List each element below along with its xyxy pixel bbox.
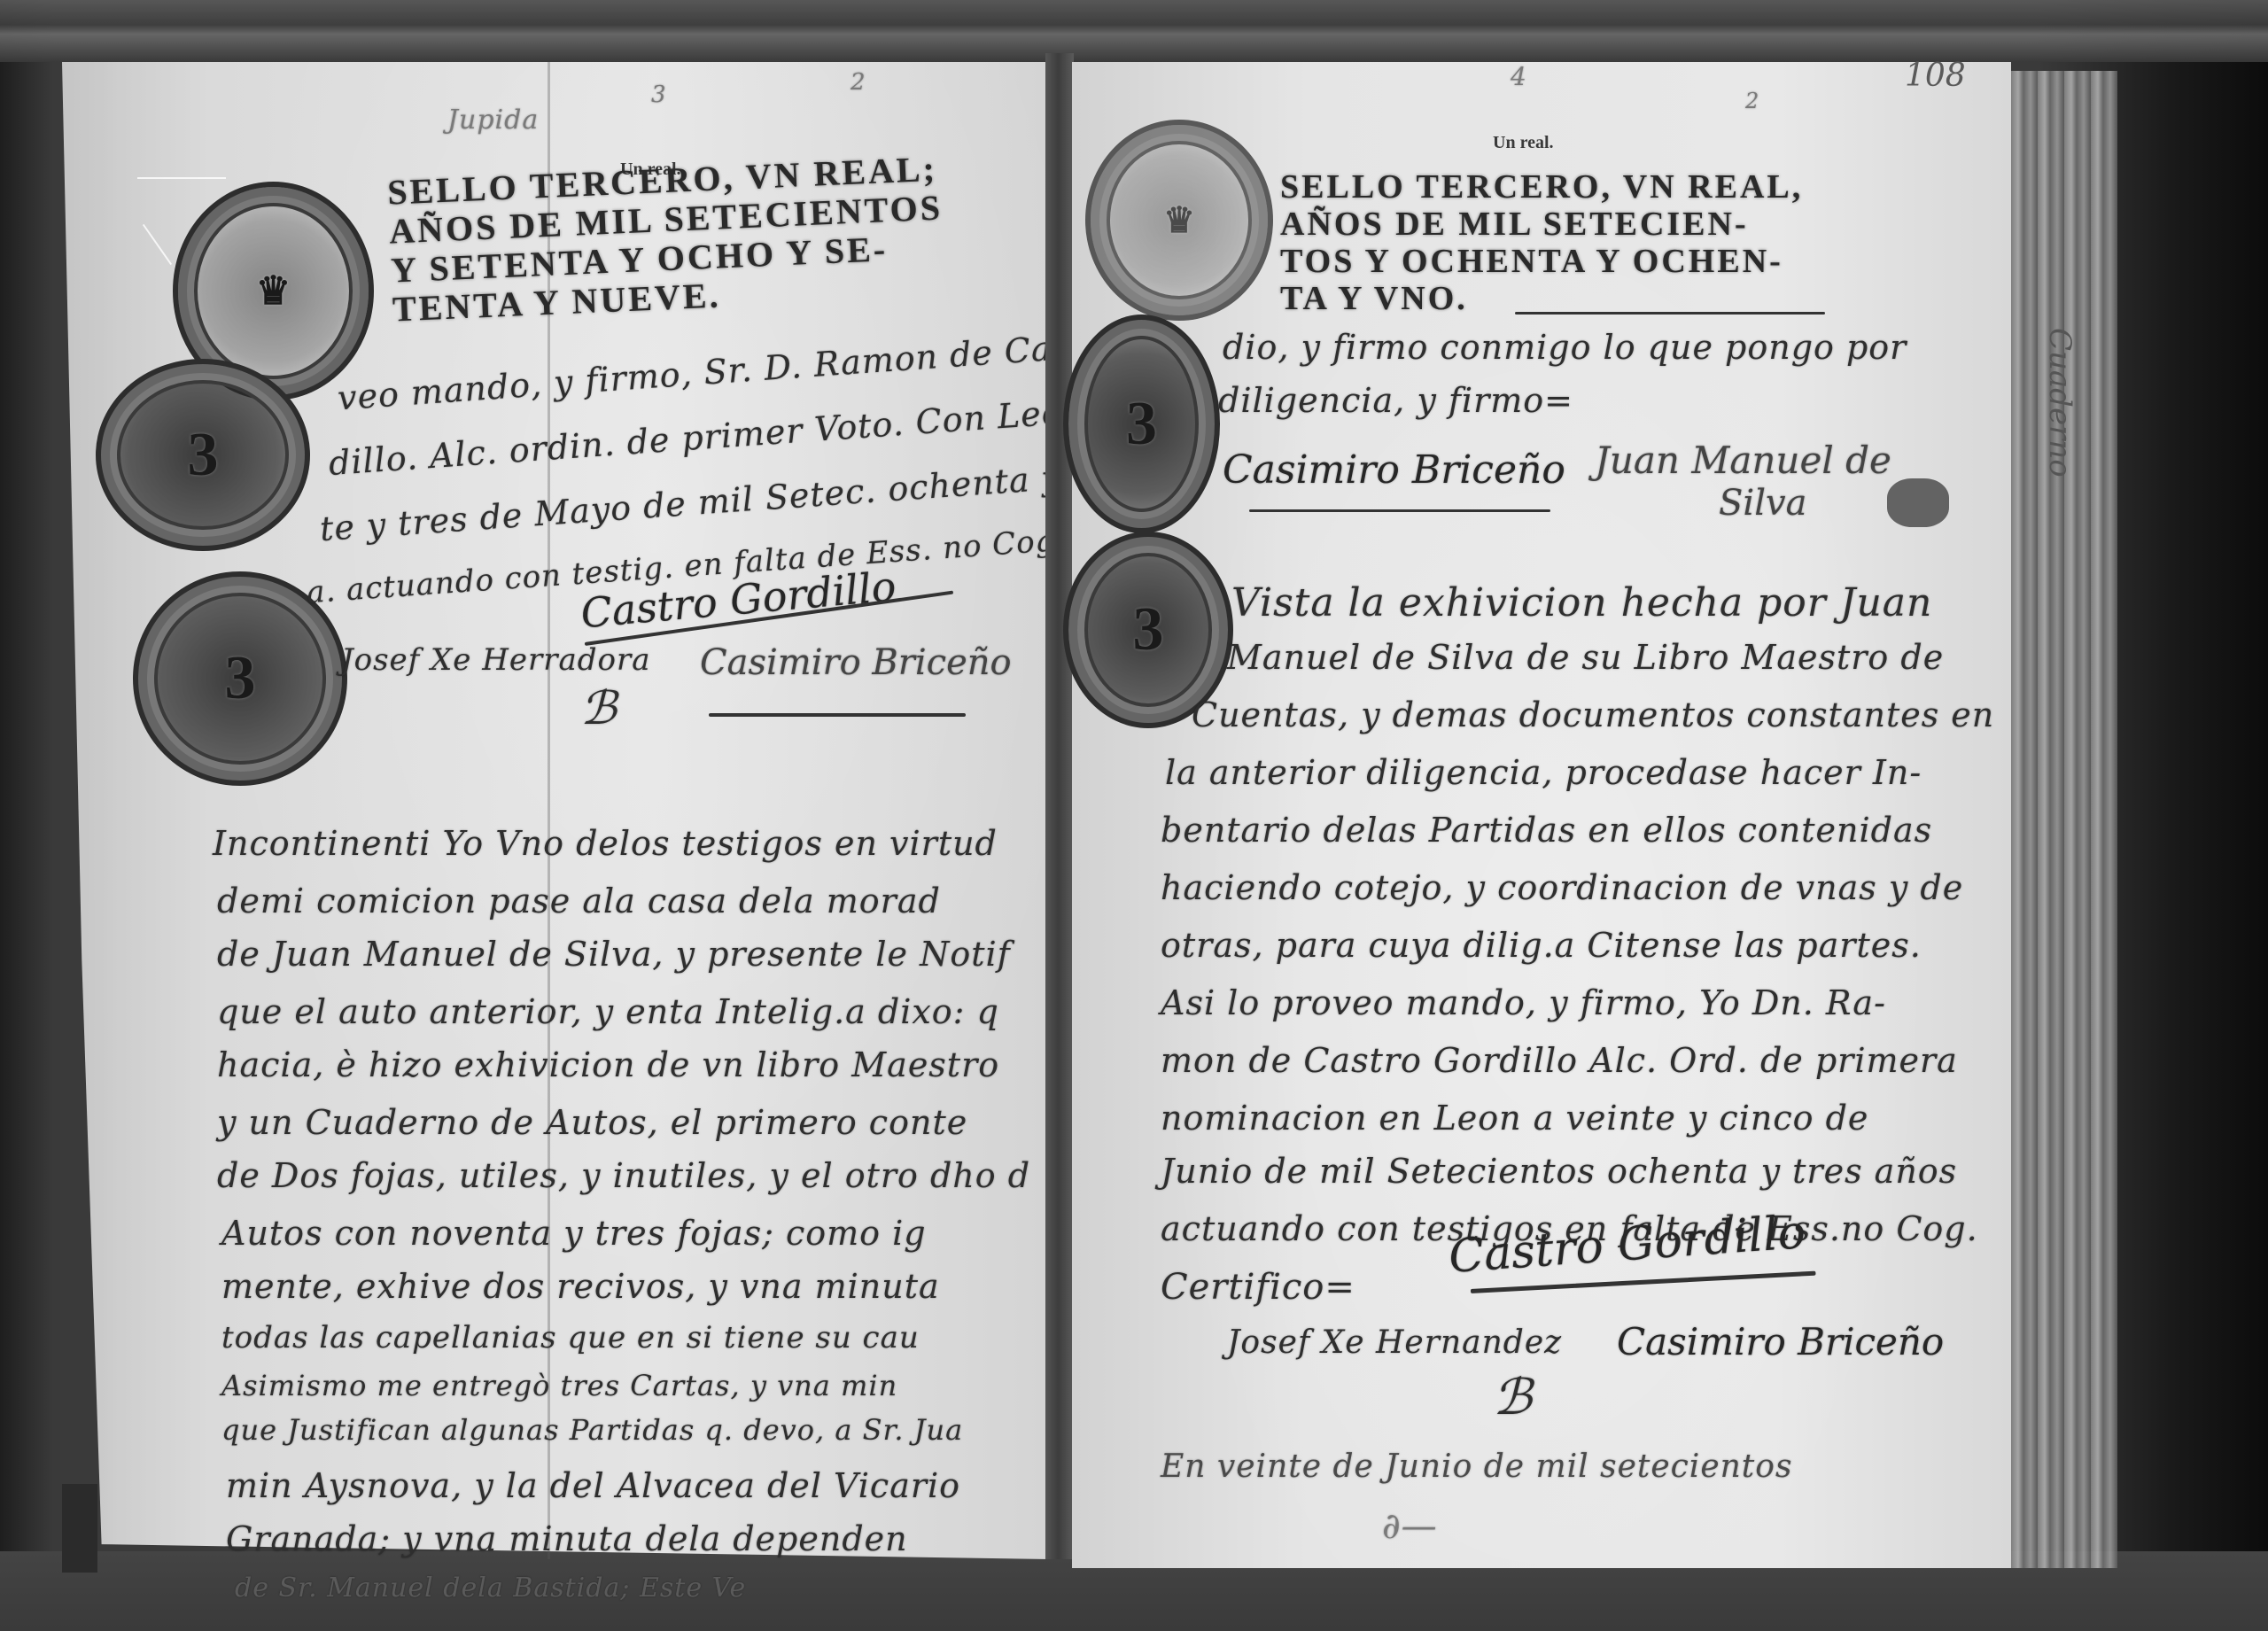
- text-line: mente, exhive dos recivos, y vna minuta: [221, 1267, 940, 1306]
- right-top-mark: 4: [1511, 62, 1527, 91]
- book-gutter-binding: [1045, 53, 1074, 1559]
- signature-rubric-line: [709, 713, 966, 717]
- right-signature-casimiro-briceno: Casimiro Briceño: [1223, 447, 1565, 493]
- text-line: min Aysnova, y la del Alvacea del Vicari…: [226, 1466, 960, 1505]
- notary-rubric-flourish-icon: ℬ: [1493, 1369, 1533, 1426]
- right-royal-coat-of-arms-seal: ♛: [1085, 120, 1273, 321]
- text-line: dio, y firmo conmigo lo que pongo por: [1223, 328, 1907, 367]
- text-line: de Dos fojas, utiles, y inutiles, y el o…: [217, 1156, 1030, 1195]
- left-witness-signature-casimiro: Casimiro Briceño: [700, 642, 1012, 683]
- left-witness-signature: Josef Xe Herradora: [341, 642, 651, 678]
- right-validation-seal-1: 3: [1063, 315, 1220, 533]
- text-line: mon de Castro Gordillo Alc. Ord. de prim…: [1161, 1041, 1958, 1080]
- text-line: Certifico=: [1161, 1267, 1355, 1308]
- text-line: la anterior diligencia, procedase hacer …: [1165, 753, 1922, 792]
- text-line: Asi lo proveo mando, y firmo, Yo Dn. Ra-: [1161, 983, 1886, 1022]
- spine-margin-note: Cuaderno: [2042, 328, 2078, 478]
- seal-numeral-icon: 3: [188, 420, 219, 491]
- book-top-edge: [0, 0, 2268, 62]
- text-line: de Sr. Manuel dela Bastida; Este Ve: [235, 1573, 746, 1604]
- seal-numeral-icon: 3: [225, 643, 256, 714]
- stamp-title-line: SELLO TERCERO, VN REAL,: [1280, 168, 1803, 206]
- right-stamp-value-label: Un real.: [1493, 133, 1554, 153]
- seal-numeral-icon: 3: [1133, 594, 1164, 665]
- ink-blot: [1887, 478, 1949, 527]
- right-top-mark: 2: [1745, 89, 1759, 113]
- text-line: y un Cuaderno de Autos, el primero conte: [217, 1103, 967, 1142]
- crown-shield-icon: ♛: [1163, 199, 1195, 241]
- stacked-page-edges: [2011, 71, 2117, 1568]
- text-line: haciendo cotejo, y coordinacion de vnas …: [1161, 868, 1963, 907]
- text-line: otras, para cuya dilig.a Citense las par…: [1161, 926, 1922, 965]
- folio-number: 108: [1905, 58, 1966, 94]
- text-line: todas las capellanias que en si tiene su…: [221, 1320, 920, 1355]
- text-line: Incontinenti Yo Vno delos testigos en vi…: [213, 824, 998, 863]
- right-witness-signature-casimiro: Casimiro Briceño: [1617, 1320, 1944, 1363]
- right-witness-signature-josef: Josef Xe Hernandez: [1227, 1324, 1562, 1361]
- stamp-title-line: TA Y VNO.: [1280, 280, 1468, 317]
- right-signature-silva: Silva: [1719, 483, 1806, 524]
- text-line: de Juan Manuel de Silva, y presente le N…: [217, 935, 1011, 974]
- text-line: Junio de mil Setecientos ochenta y tres …: [1161, 1152, 1957, 1191]
- scan-scratch-artifact: [137, 177, 226, 179]
- text-line: Cuentas, y demas documentos constantes e…: [1192, 695, 1994, 734]
- crown-shield-icon: ♛: [256, 268, 291, 314]
- right-signature-juan-manuel-silva: Juan Manuel de: [1595, 439, 1891, 482]
- text-line: hacia, è hizo exhivicion de vn libro Mae…: [217, 1045, 999, 1084]
- text-line: Autos con noventa y tres fojas; como ig: [221, 1214, 927, 1253]
- left-top-mark: 3: [651, 82, 667, 108]
- text-line: diligencia, y firmo=: [1218, 381, 1573, 420]
- text-line: nominacion en Leon a veinte y cinco de: [1161, 1099, 1868, 1138]
- left-margin-annotation: Jupida: [447, 105, 539, 136]
- text-line: demi comicion pase ala casa dela morad: [217, 882, 941, 920]
- text-line: que Justifican algunas Partidas q. devo,…: [221, 1413, 963, 1447]
- stamp-underline: [1515, 312, 1825, 315]
- stamp-title-line: AÑOS DE MIL SETECIEN-: [1280, 206, 1749, 243]
- notary-rubric-flourish-icon: ℬ: [580, 682, 617, 735]
- left-page-shadow-block: [62, 1484, 97, 1573]
- notary-rubric-flourish-icon: ∂—: [1382, 1506, 1438, 1547]
- stamp-title-line: TOS Y OCHENTA Y OCHEN-: [1280, 243, 1783, 280]
- left-top-mark: 2: [850, 69, 866, 96]
- seal-numeral-icon: 3: [1126, 389, 1157, 460]
- signature-rubric-line: [1249, 509, 1550, 512]
- text-line: bentario delas Partidas en ellos conteni…: [1161, 811, 1932, 850]
- text-line: Vista la exhivicion hecha por Juan: [1231, 580, 1932, 625]
- left-stamp-title: SELLO TERCERO, VN REAL; AÑOS DE MIL SETE…: [386, 149, 946, 329]
- text-line: Granada; y vna minuta dela dependen: [226, 1519, 908, 1558]
- text-line: Manuel de Silva de su Libro Maestro de: [1227, 638, 1944, 677]
- text-line-partial: En veinte de Junio de mil setecientos: [1161, 1448, 1792, 1485]
- right-stamp-title: SELLO TERCERO, VN REAL, AÑOS DE MIL SETE…: [1280, 168, 1803, 317]
- text-line: Asimismo me entregò tres Cartas, y vna m…: [221, 1369, 897, 1402]
- left-validation-seal-1779: 3: [96, 359, 310, 551]
- text-line: que el auto anterior, y enta Intelig.a d…: [217, 992, 999, 1031]
